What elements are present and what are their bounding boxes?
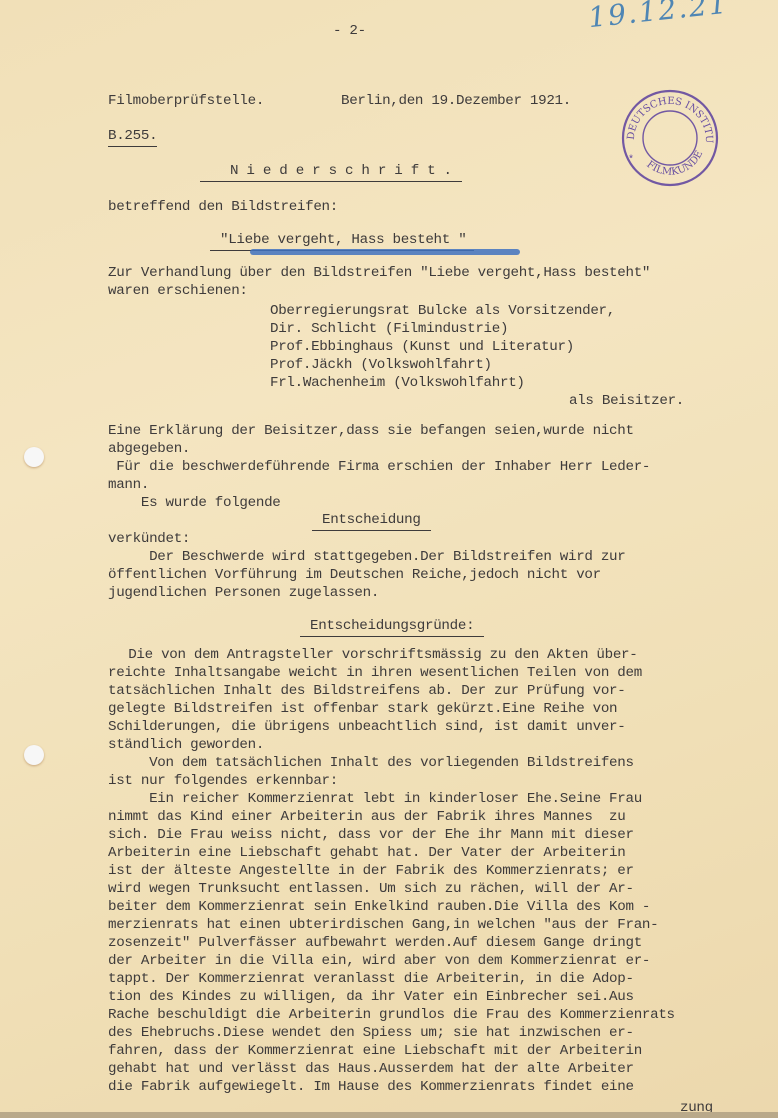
member-4: Prof.Jäckh (Volkswohlfahrt)	[270, 356, 492, 374]
reasons-line: die Fabrik aufgewiegelt. Im Hause des Ko…	[108, 1078, 634, 1096]
reasons-heading: Entscheidungsgründe:	[300, 617, 484, 637]
subject-intro: betreffend den Bildstreifen:	[108, 198, 338, 216]
reasons-line: tappt. Der Kommerzienrat veranlasst die …	[108, 970, 634, 988]
document-page: 19.12.21 - 2- Filmoberprüfstelle. Berlin…	[0, 0, 778, 1118]
reasons-line: nimmt das Kind einer Arbeiterin aus der …	[108, 808, 625, 826]
decision-line: öffentlichen Vorführung im Deutschen Rei…	[108, 566, 601, 584]
reasons-line: der Arbeiter in die Villa ein, wird aber…	[108, 952, 650, 970]
reasons-line: merzienrats hat einen ubterirdischen Gan…	[108, 916, 658, 934]
blue-pencil-underline	[250, 249, 520, 255]
decision-intro: verkündet:	[108, 530, 190, 548]
declaration-line: Für die beschwerdeführende Firma erschie…	[108, 458, 650, 476]
reasons-line: Arbeiterin eine Liebschaft gehabt hat. D…	[108, 844, 625, 862]
member-5: Frl.Wachenheim (Volkswohlfahrt)	[270, 374, 525, 392]
punch-hole	[24, 447, 44, 467]
issuing-office: Filmoberprüfstelle.	[108, 92, 264, 110]
declaration-line: abgegeben.	[108, 440, 190, 458]
member-role: als Beisitzer.	[569, 392, 684, 410]
member-3: Prof.Ebbinghaus (Kunst und Literatur)	[270, 338, 574, 356]
reasons-line: ist nur folgendes erkennbar:	[108, 772, 338, 790]
reasons-line: tion des Kindes zu willigen, da ihr Vate…	[108, 988, 634, 1006]
declaration-line: mann.	[108, 476, 149, 494]
handwritten-date-annotation: 19.12.21	[587, 0, 730, 34]
reasons-line: Schilderungen, die übrigens unbeachtlich…	[108, 718, 625, 736]
page-number: - 2-	[333, 22, 366, 40]
reasons-line: Ein reicher Kommerzienrat lebt in kinder…	[108, 790, 642, 808]
attendance-line-1: Zur Verhandlung über den Bildstreifen "L…	[108, 264, 650, 282]
reasons-line: Von dem tatsächlichen Inhalt des vorlieg…	[108, 754, 634, 772]
decision-line: jugendlichen Personen zugelassen.	[108, 584, 379, 602]
decision-heading: Entscheidung	[312, 511, 431, 531]
declaration-line: Es wurde folgende	[108, 494, 281, 512]
reasons-line: wird wegen Trunksucht entlassen. Um sich…	[108, 880, 634, 898]
reasons-line: ständlich geworden.	[108, 736, 264, 754]
punch-hole	[24, 745, 44, 765]
attendance-line-2: waren erschienen:	[108, 282, 248, 300]
reasons-line: tatsächlichen Inhalt des Bildstreifens a…	[108, 682, 625, 700]
document-title: N i e d e r s c h r i f t .	[200, 162, 462, 182]
reasons-line: sich. Die Frau weiss nicht, dass vor der…	[108, 826, 634, 844]
institute-stamp-icon: DEUTSCHES INSTITUT FÜR FILMKUNDE E.V. *	[620, 88, 720, 188]
page-bottom-edge	[0, 1112, 778, 1118]
reasons-line: beiter dem Kommerzienrat sein Enkelkind …	[108, 898, 650, 916]
reasons-line: des Ehebruchs.Diese wendet den Spiess um…	[108, 1024, 634, 1042]
svg-text:*: *	[628, 154, 634, 166]
reference-number: B.255.	[108, 127, 157, 147]
decision-line: Der Beschwerde wird stattgegeben.Der Bil…	[108, 548, 625, 566]
reasons-line: gelegte Bildstreifen ist offenbar stark …	[108, 700, 617, 718]
place-and-date: Berlin,den 19.Dezember 1921.	[341, 92, 571, 110]
film-title: "Liebe vergeht, Hass besteht "	[210, 231, 474, 251]
reasons-line: fahren, dass der Kommerzienrat eine Lieb…	[108, 1042, 642, 1060]
svg-text:DEUTSCHES INSTITUT FÜR: DEUTSCHES INSTITUT FÜR	[620, 88, 714, 144]
member-1: Oberregierungsrat Bulcke als Vorsitzende…	[270, 302, 615, 320]
reasons-line: reichte Inhaltsangabe weicht in ihren we…	[108, 664, 642, 682]
declaration-line: Eine Erklärung der Beisitzer,dass sie be…	[108, 422, 634, 440]
member-2: Dir. Schlicht (Filmindustrie)	[270, 320, 508, 338]
reasons-line: Rache beschuldigt die Arbeiterin grundlo…	[108, 1006, 675, 1024]
reasons-line: Die von dem Antragsteller vorschriftsmäs…	[120, 646, 637, 664]
reasons-line: zosenzeit" Pulverfässer aufbewahrt werde…	[108, 934, 642, 952]
stamp-top-text: DEUTSCHES INSTITUT FÜR	[620, 88, 714, 144]
reasons-line: gehabt hat und verlässt das Haus.Ausserd…	[108, 1060, 634, 1078]
reasons-line: ist der älteste Angestellte in der Fabri…	[108, 862, 634, 880]
